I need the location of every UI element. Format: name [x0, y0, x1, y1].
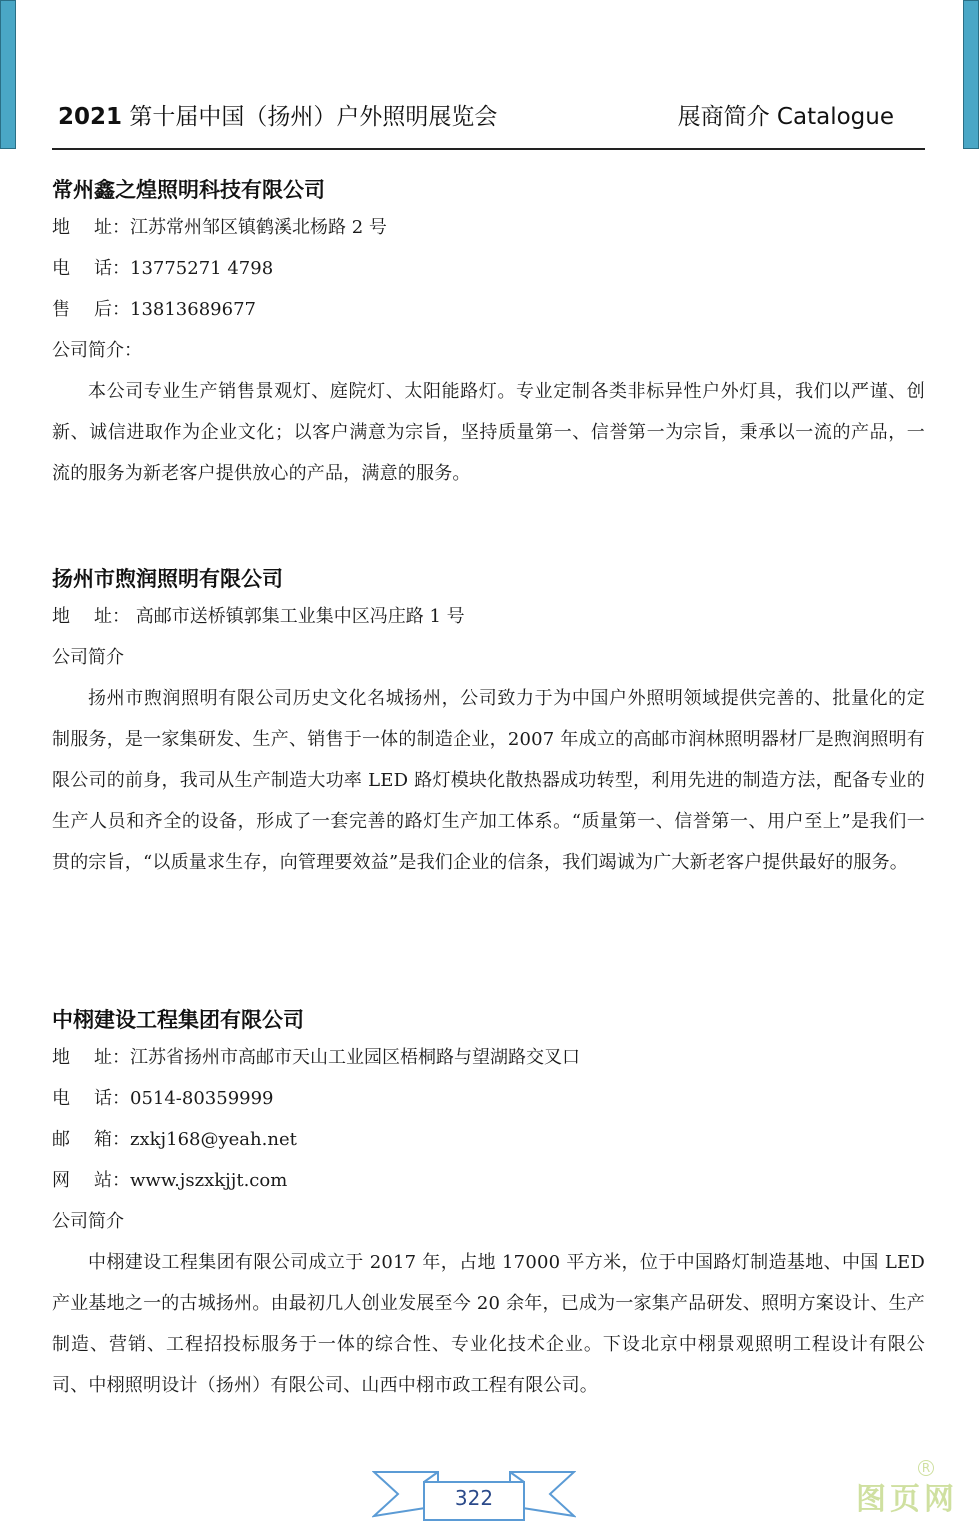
email-value: zxkj168@yeah.net — [130, 1129, 297, 1150]
right-edge-bar — [963, 0, 979, 149]
address-value: 江苏省扬州市高邮市天山工业园区梧桐路与望湖路交叉口 — [130, 1047, 580, 1068]
header-year: 2021 — [58, 104, 122, 130]
phone-field: 电话：0514-80359999 — [52, 1078, 932, 1119]
address-value: 江苏常州邹区镇鹤溪北杨路 2 号 — [130, 217, 387, 238]
after-sales-field: 售后：13813689677 — [52, 289, 932, 330]
phone-field: 电话：13775271 4798 — [52, 248, 932, 289]
website-value: www.jszxkjjt.com — [130, 1170, 287, 1191]
email-field: 邮箱：zxkj168@yeah.net — [52, 1119, 932, 1160]
company-name: 中栩建设工程集团有限公司 — [52, 1005, 932, 1035]
intro-label: 公司简介 — [52, 637, 932, 678]
website-field: 网站：www.jszxkjjt.com — [52, 1160, 932, 1201]
address-value: 高邮市送桥镇郭集工业集中区冯庄路 1 号 — [130, 606, 465, 627]
address-field: 地址：江苏常州邹区镇鹤溪北杨路 2 号 — [52, 207, 932, 248]
company-entry: 常州鑫之煌照明科技有限公司 地址：江苏常州邹区镇鹤溪北杨路 2 号 电话：137… — [52, 175, 932, 494]
registered-mark-icon: R — [918, 1460, 934, 1476]
after-sales-value: 13813689677 — [130, 299, 256, 320]
section-title: 展商简介 Catalogue — [678, 98, 894, 131]
intro-label: 公司简介： — [52, 330, 932, 371]
header-divider — [52, 148, 925, 150]
company-name: 常州鑫之煌照明科技有限公司 — [52, 175, 932, 205]
exhibition-title: 2021 第十届中国（扬州）户外照明展览会 — [58, 98, 497, 131]
company-intro: 扬州市煦润照明有限公司历史文化名城扬州，公司致力于为中国户外照明领域提供完善的、… — [52, 678, 925, 883]
watermark-logo: 图页网 — [856, 1474, 958, 1518]
phone-value: 0514-80359999 — [130, 1088, 274, 1109]
page-header: 2021 第十届中国（扬州）户外照明展览会 展商简介 Catalogue — [58, 98, 894, 134]
company-name: 扬州市煦润照明有限公司 — [52, 564, 932, 594]
header-title-text: 第十届中国（扬州）户外照明展览会 — [129, 104, 497, 130]
address-field: 地址：江苏省扬州市高邮市天山工业园区梧桐路与望湖路交叉口 — [52, 1037, 932, 1078]
address-field: 地址： 高邮市送桥镇郭集工业集中区冯庄路 1 号 — [52, 596, 932, 637]
phone-value: 13775271 4798 — [130, 258, 273, 279]
company-intro: 中栩建设工程集团有限公司成立于 2017 年，占地 17000 平方米，位于中国… — [52, 1242, 925, 1406]
company-entry: 中栩建设工程集团有限公司 地址：江苏省扬州市高邮市天山工业园区梧桐路与望湖路交叉… — [52, 1005, 932, 1406]
intro-label: 公司简介 — [52, 1201, 932, 1242]
company-entry: 扬州市煦润照明有限公司 地址： 高邮市送桥镇郭集工业集中区冯庄路 1 号 公司简… — [52, 564, 932, 883]
page-number: 322 — [372, 1486, 576, 1510]
page-number-ribbon: 322 — [372, 1466, 576, 1522]
company-intro: 本公司专业生产销售景观灯、庭院灯、太阳能路灯。专业定制各类非标异性户外灯具，我们… — [52, 371, 925, 494]
left-edge-bar — [0, 0, 16, 149]
